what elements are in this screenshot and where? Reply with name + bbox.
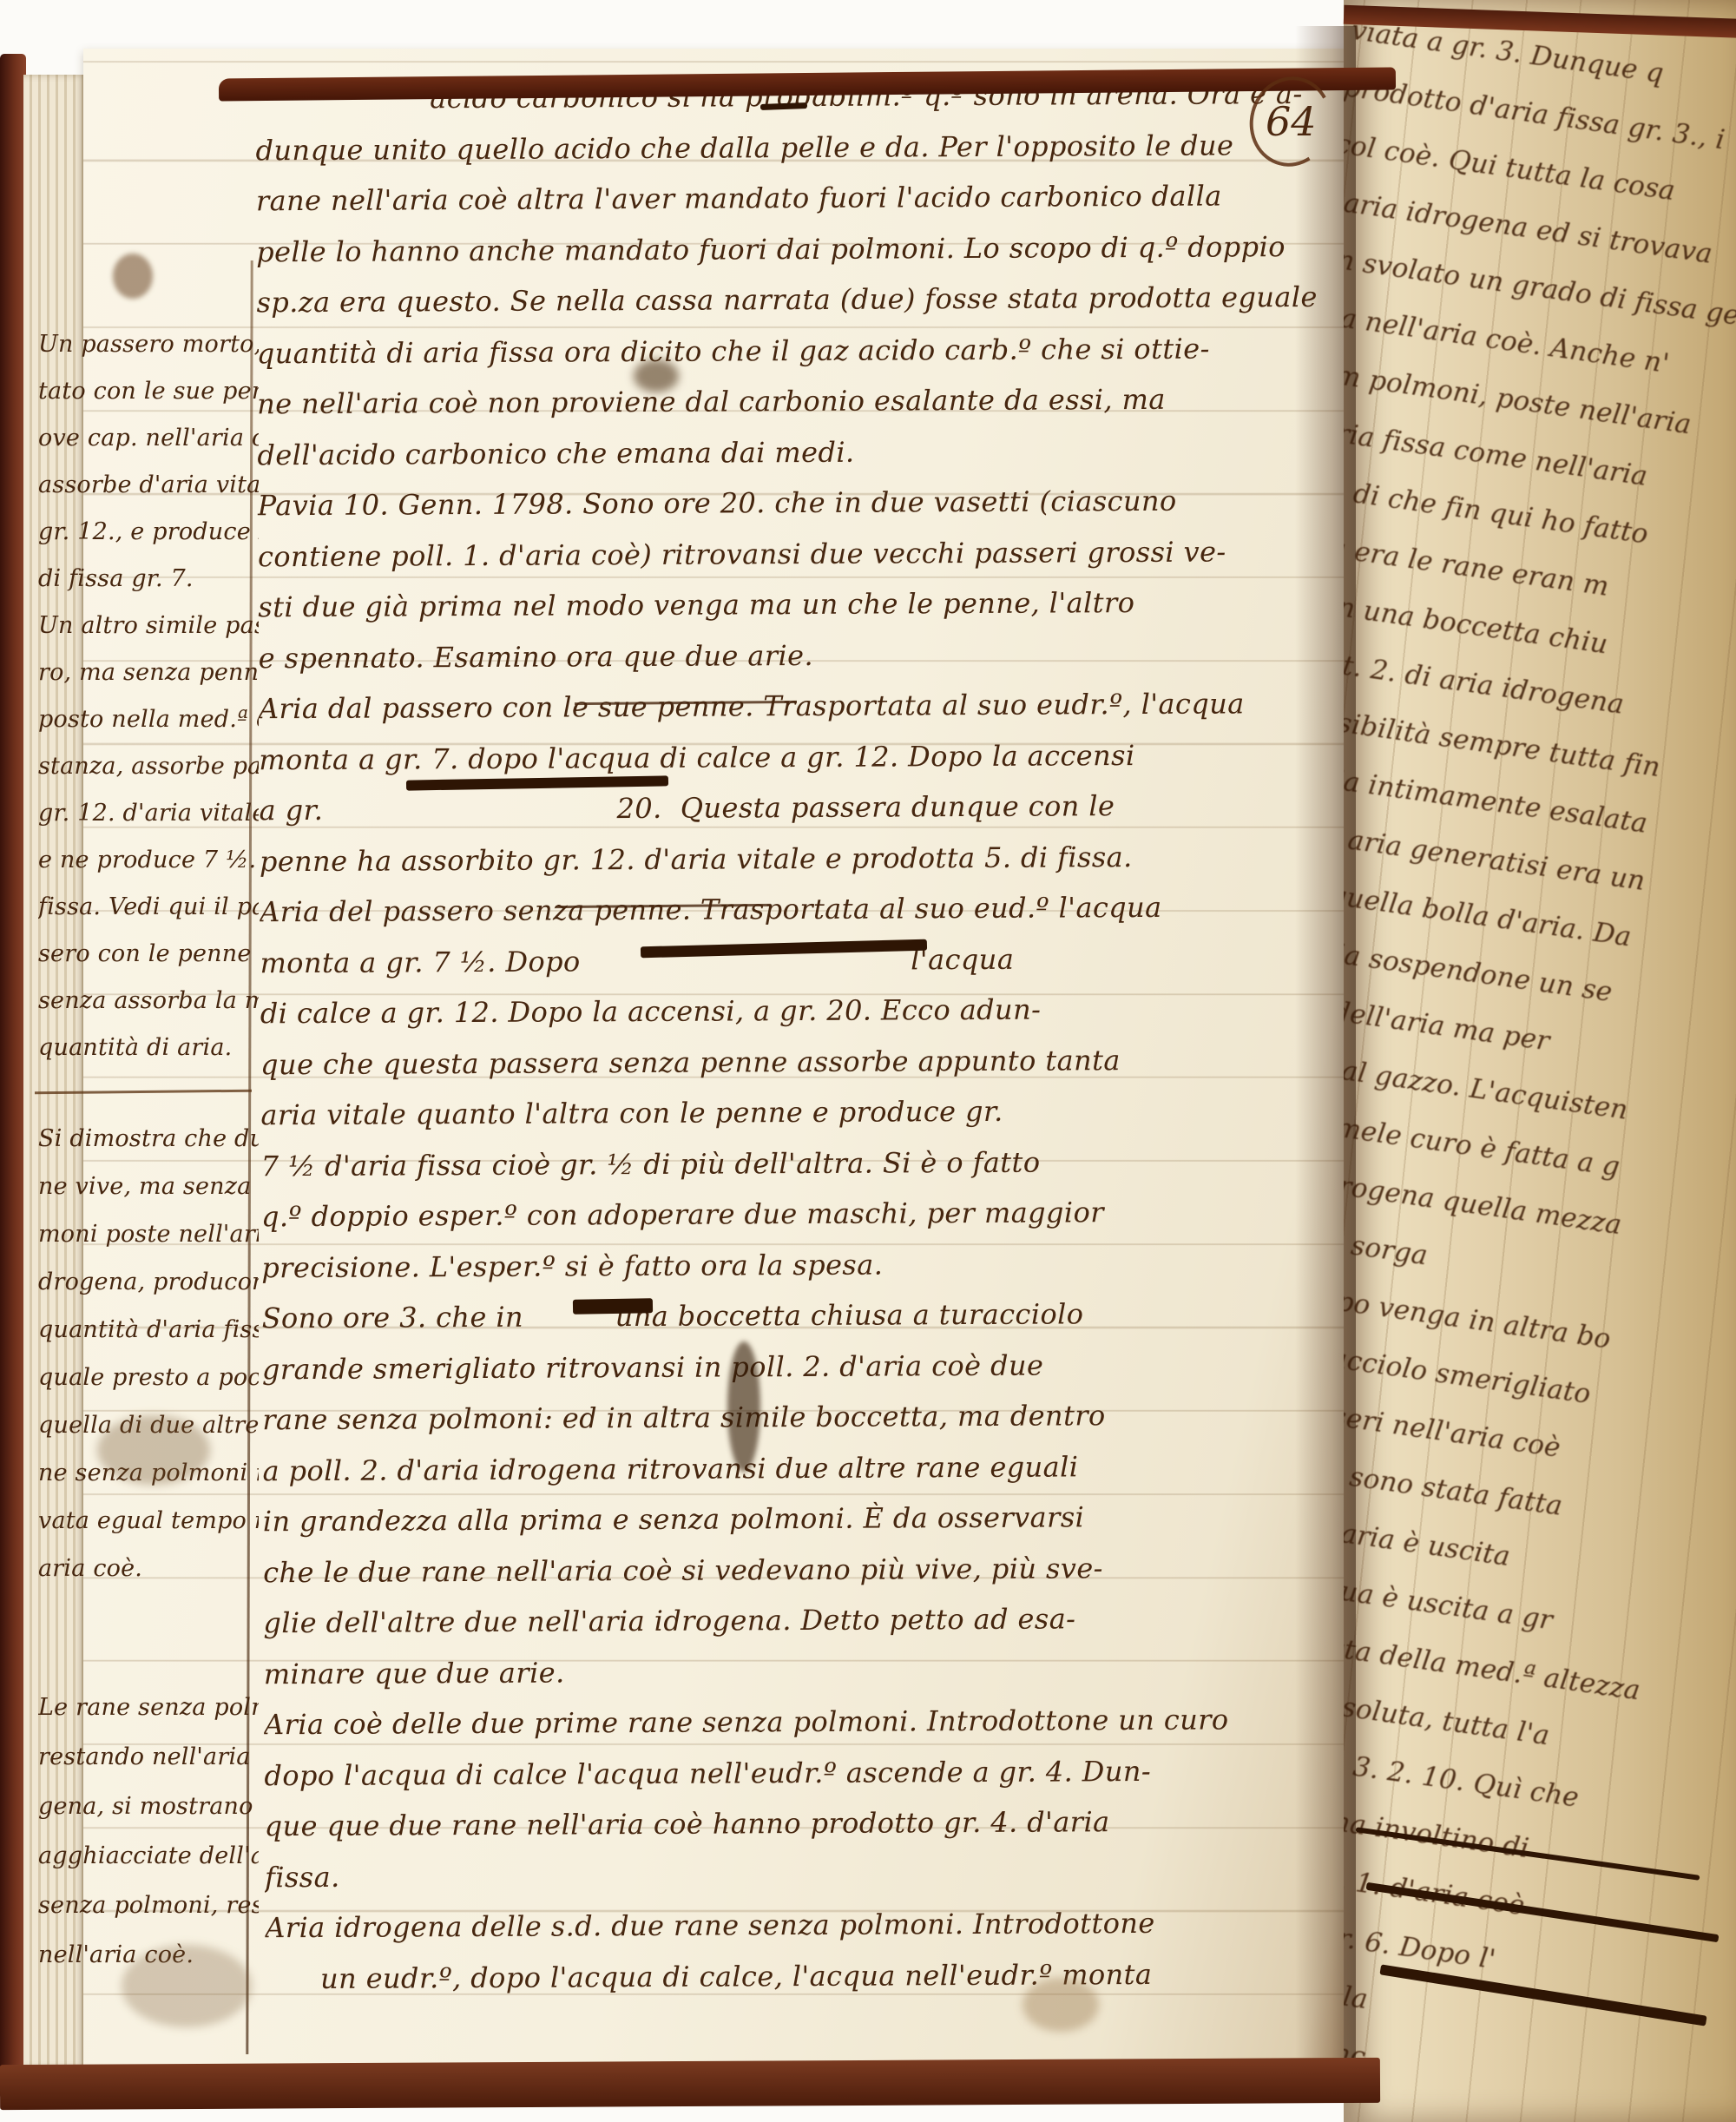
- margin-note-sparrow-experiment: Un passero morto, vest-tato con le sue p…: [38, 321, 259, 1071]
- handwriting-line: 7 ½ d'aria fissa cioè gr. ½ di più dell'…: [261, 1135, 1357, 1191]
- handwriting-line: quantità di aria.: [38, 1025, 259, 1071]
- ink-blot: [727, 1341, 760, 1472]
- handwriting-line: gena, si mostrano più: [38, 1782, 259, 1831]
- handwriting-line: precisione. L'esper.º si è fatto ora la …: [261, 1236, 1357, 1293]
- handwriting-line: restando nell'aria idro-: [38, 1732, 259, 1782]
- handwriting-line: minare que due arie.: [264, 1643, 1359, 1699]
- handwriting-line: ove cap. nell'aria coè,: [38, 415, 259, 462]
- ink-blot: [634, 359, 679, 392]
- handwriting-line: Aria del passero senza penne. Trasportat…: [260, 881, 1355, 938]
- paper-smudge: [97, 1415, 210, 1485]
- handwriting-line: sti due già prima nel modo venga ma un c…: [258, 577, 1353, 633]
- manuscript-right-page-curled: viata a gr. 3. Dunque qprodotto d'aria f…: [1344, 0, 1736, 2122]
- handwriting-line: agghiacciate dell'altre: [38, 1831, 259, 1881]
- handwriting-line: contiene poll. 1. d'aria coè) ritrovansi…: [258, 525, 1353, 582]
- handwriting-line: dell'acido carbonico che emana dai medi.: [257, 424, 1352, 480]
- handwriting-line: Un altro simile passe-: [38, 603, 259, 649]
- handwriting-line: pelle lo hanno anche mandato fuori dai p…: [256, 221, 1351, 277]
- handwriting-line: senza assorba la med.ª: [38, 978, 259, 1025]
- book-cover-left-edge: [0, 54, 26, 2099]
- handwriting-line: Si dimostra che due ra-: [38, 1115, 259, 1163]
- right-page-text-block: viata a gr. 3. Dunque qprodotto d'aria f…: [1344, 0, 1736, 2120]
- handwriting-line: dopo l'acqua di calce l'acqua nell'eudr.…: [264, 1744, 1359, 1801]
- handwriting-line: di fissa gr. 7.: [38, 556, 259, 603]
- main-text-block: acido carbonico si ha probabilm.º q.º so…: [255, 69, 1361, 2020]
- handwriting-line: fissa.: [265, 1846, 1360, 1902]
- handwriting-line: Sono ore 3. che in una boccetta chiusa a…: [261, 1288, 1357, 1344]
- handwriting-line: Le rane senza polmoni: [38, 1683, 259, 1732]
- handwriting-line: rane nell'aria coè altra l'aver mandato …: [256, 170, 1351, 227]
- handwriting-line: quantità d'aria fissa, e: [38, 1306, 259, 1354]
- handwriting-line: quale presto a poco a: [38, 1354, 259, 1401]
- handwriting-line: stanza, assorbe parimenti: [38, 743, 259, 790]
- handwriting-line: che le due rane nell'aria coè si vedevan…: [263, 1541, 1358, 1598]
- handwriting-line: que che questa passera senza penne assor…: [260, 1033, 1356, 1090]
- handwriting-line: fissa. Vedi qui il pas-: [38, 884, 259, 931]
- handwriting-line: Pavia 10. Genn. 1798. Sono ore 20. che i…: [258, 475, 1353, 531]
- handwriting-line: monta a gr. 7 ½. Dopo l'acqua: [260, 932, 1355, 988]
- handwriting-line: monta a gr. 7. dopo l'acqua di calce a g…: [259, 728, 1354, 785]
- handwriting-line: e spennato. Esamino ora que due arie.: [259, 627, 1354, 683]
- book-cover-bottom-edge: [0, 2058, 1380, 2110]
- handwriting-line: gr. 12. d'aria vitale: [38, 790, 259, 837]
- ink-strikethrough: [573, 1298, 653, 1315]
- handwriting-line: ne nell'aria coè non proviene dal carbon…: [257, 373, 1352, 430]
- margin-note-frogs-chilled: Le rane senza polmonirestando nell'aria …: [38, 1683, 259, 1980]
- handwriting-line: di calce a gr. 12. Dopo la accensi, a gr…: [260, 983, 1356, 1039]
- paper-stain: [1023, 1978, 1099, 2032]
- handwriting-line: moni poste nell'aria i-: [38, 1210, 259, 1258]
- paper-smudge: [122, 1945, 252, 2027]
- handwriting-line: aria vitale quanto l'altra con le penne …: [260, 1084, 1356, 1141]
- handwriting-line: rane senza polmoni: ed in altra simile b…: [262, 1389, 1358, 1446]
- handwriting-line: que que due rane nell'aria coè hanno pro…: [265, 1796, 1360, 1852]
- handwriting-line: in grandezza alla prima e senza polmoni.…: [263, 1491, 1358, 1547]
- handwriting-line: grande smerigliato ritrovansi in poll. 2…: [262, 1338, 1358, 1394]
- handwriting-line: quantità di aria fissa ora dicito che il…: [257, 322, 1352, 379]
- handwriting-line: Aria idrogena delle s.d. due rane senza …: [265, 1897, 1360, 1954]
- handwriting-line: drogena, producono una: [38, 1258, 259, 1306]
- margin-note-frogs-hydrogen: Si dimostra che due ra-ne vive, ma senza…: [38, 1115, 259, 1592]
- handwriting-line: sero con le penne e: [38, 931, 259, 978]
- handwriting-line: Aria dal passero con le sue penne. Trasp…: [259, 678, 1354, 735]
- handwriting-line: Un passero morto, vest-: [38, 321, 259, 368]
- handwriting-line: senza polmoni, restate: [38, 1881, 259, 1930]
- book-gutter-shadow: [1295, 26, 1356, 2092]
- page-number: 64: [1266, 98, 1317, 145]
- handwriting-line: posto nella med.ª circo-: [38, 696, 259, 743]
- handwriting-line: penne ha assorbito gr. 12. d'aria vitale…: [260, 830, 1355, 886]
- handwriting-line: gr. 12., e produce 2: [38, 509, 259, 556]
- handwriting-line: ne vive, ma senza pol-: [38, 1163, 259, 1210]
- handwriting-line: e ne produce 7 ½. di: [38, 837, 259, 884]
- handwriting-line: tato con le sue penne: [38, 368, 259, 415]
- handwriting-line: sp.za era questo. Se nella cassa narrata…: [256, 272, 1351, 328]
- ink-blot: [113, 254, 153, 299]
- handwriting-line: ro, ma senza penne: [38, 649, 259, 696]
- handwriting-line: vata egual tempo nell': [38, 1497, 259, 1545]
- handwriting-line: a poll. 2. d'aria idrogena ritrovansi du…: [262, 1440, 1358, 1496]
- handwriting-line: un eudr.º, dopo l'acqua di calce, l'acqu…: [265, 1947, 1360, 2004]
- handwriting-line: q.º doppio esper.º con adoperare due mas…: [261, 1186, 1357, 1242]
- handwriting-line: dunque unito quello acido che dalla pell…: [255, 119, 1351, 175]
- handwriting-line: Aria coè delle due prime rane senza polm…: [264, 1694, 1359, 1750]
- handwriting-line: aria coè.: [38, 1545, 259, 1592]
- handwriting-line: assorbe d'aria vitale,: [38, 462, 259, 509]
- handwriting-line: glie dell'altre due nell'aria idrogena. …: [263, 1592, 1358, 1649]
